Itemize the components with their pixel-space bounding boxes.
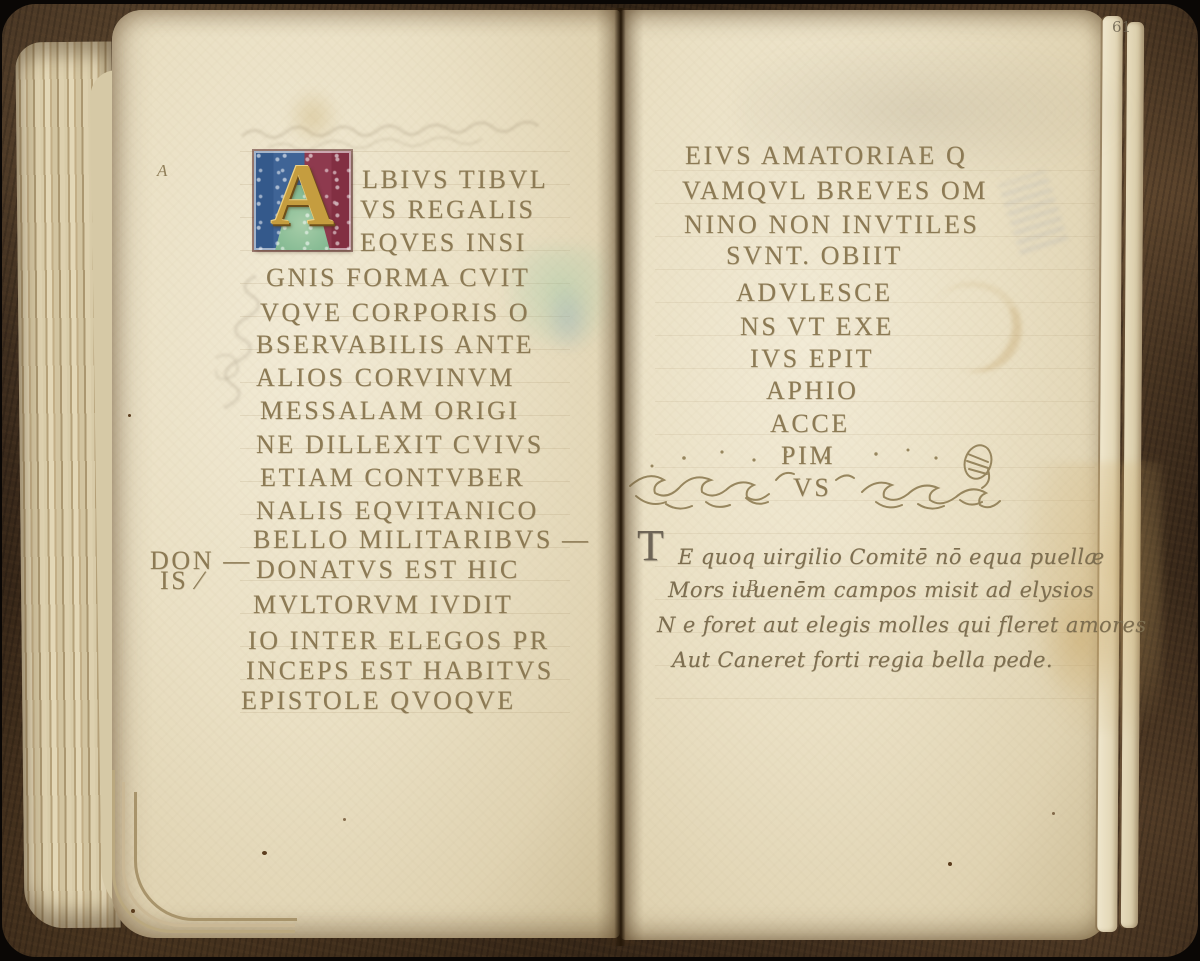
epigram-line: E quoq uirgilio Comitē nō equa puellæ <box>678 545 1105 569</box>
text-line: MVLTORVM IVDIT <box>253 592 513 618</box>
text-line: ETIAM CONTVBER <box>260 465 525 491</box>
text-line: IO INTER ELEGOS PR <box>248 628 550 654</box>
epigram-line: Aut Caneret forti regia bella pede. <box>672 648 1053 672</box>
text-line: VQVE CORPORIS O <box>260 300 530 326</box>
text-line: BSERVABILIS ANTE <box>256 332 534 358</box>
epigram-initial: T <box>637 524 664 568</box>
text-line: EPISTOLE QVOQVE <box>241 688 516 714</box>
text-line: NALIS EQVITANICO <box>256 498 539 524</box>
text-line: LBIVS TIBVL <box>362 167 548 193</box>
text-line: EIVS AMATORIAE Q <box>685 143 967 169</box>
text-line: GNIS FORMA CVIT <box>266 265 530 291</box>
margin-guide-letter: A <box>157 162 167 179</box>
illuminated-initial-block: A <box>254 151 351 250</box>
folio-number: 61 <box>1112 20 1131 35</box>
text-line: ACCE <box>770 411 850 437</box>
epigram-line: N e foret aut elegis molles qui fleret a… <box>657 613 1147 637</box>
text-line: APHIO <box>766 378 858 404</box>
text-line: NE DILLEXIT CVIVS <box>256 432 544 458</box>
margin-note-line: IS ⁄ <box>160 568 204 594</box>
epigram-line: Mors iuuenēm campos misit ad elysios <box>668 578 1094 602</box>
text-line: NS VT EXE <box>740 314 894 340</box>
text-line: DONATVS EST HIC <box>256 557 520 583</box>
illuminated-initial-letter: A <box>254 146 351 245</box>
text-line: ALIOS CORVINVM <box>256 365 515 391</box>
text-line: VAMQVL BREVES OM <box>682 178 988 204</box>
text-line: NINO NON INVTILES <box>684 212 980 238</box>
text-line: IVS EPIT <box>750 346 874 372</box>
manuscript-photo: A DON — IS ⁄ A LBIVS TIBVL VS REGALIS EQ… <box>0 0 1200 961</box>
text-line: EQVES INSI <box>360 230 527 256</box>
text-line: SVNT. OBIIT <box>726 243 903 269</box>
underpage-corner <box>134 792 297 921</box>
text-line: VS REGALIS <box>360 197 536 223</box>
text-line: INCEPS EST HABITVS <box>246 658 554 684</box>
text-line: BELLO MILITARIBVS — <box>253 527 591 553</box>
text-line: MESSALAM ORIGI <box>260 398 520 424</box>
vine-flourish-ornament <box>626 440 1018 524</box>
text-line: ADVLESCE <box>736 280 893 306</box>
